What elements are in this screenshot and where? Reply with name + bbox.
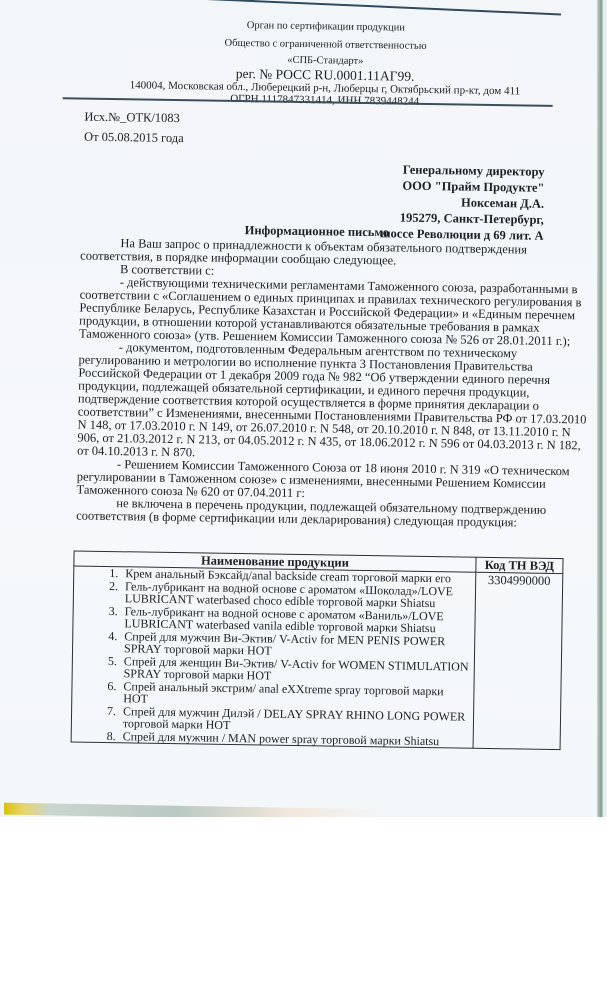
letterhead: Орган по сертификации продукции Общество… — [105, 15, 546, 110]
letter-date: От 05.08.2015 года — [84, 127, 184, 149]
body-paragraph: не включена в перечень продукции, подлеж… — [76, 497, 591, 531]
addressee-block: Генеральному директору ООО "Прайм Продук… — [380, 161, 545, 244]
body-paragraph: - действующими техническими регламентами… — [79, 276, 595, 349]
letter-page: Орган по сертификации продукции Общество… — [0, 0, 607, 817]
product-list-cell: Крем анальный Бэксайд/anal backside crea… — [71, 566, 476, 748]
outgoing-number: Исх.№_ОТК/1083 — [84, 107, 184, 129]
letter-body: На Ваш запрос о принадлежности к объекта… — [76, 237, 595, 531]
scanned-document: Орган по сертификации продукции Общество… — [0, 0, 607, 817]
products-table-wrapper: Наименование продукции Код ТН ВЭД Крем а… — [71, 550, 564, 750]
addressee-line: ООО "Прайм Продукте" — [381, 177, 545, 196]
outgoing-reference: Исх.№_ОТК/1083 От 05.08.2015 года — [84, 107, 184, 149]
column-header-code: Код ТН ВЭД — [476, 557, 563, 573]
body-paragraph: - документом, подготовленным Федеральным… — [77, 341, 594, 466]
products-table: Наименование продукции Код ТН ВЭД Крем а… — [71, 550, 564, 750]
top-rule — [101, 0, 561, 15]
product-list: Крем анальный Бэксайд/anal backside crea… — [75, 567, 473, 748]
tn-ved-code: 3304990000 — [473, 572, 563, 749]
